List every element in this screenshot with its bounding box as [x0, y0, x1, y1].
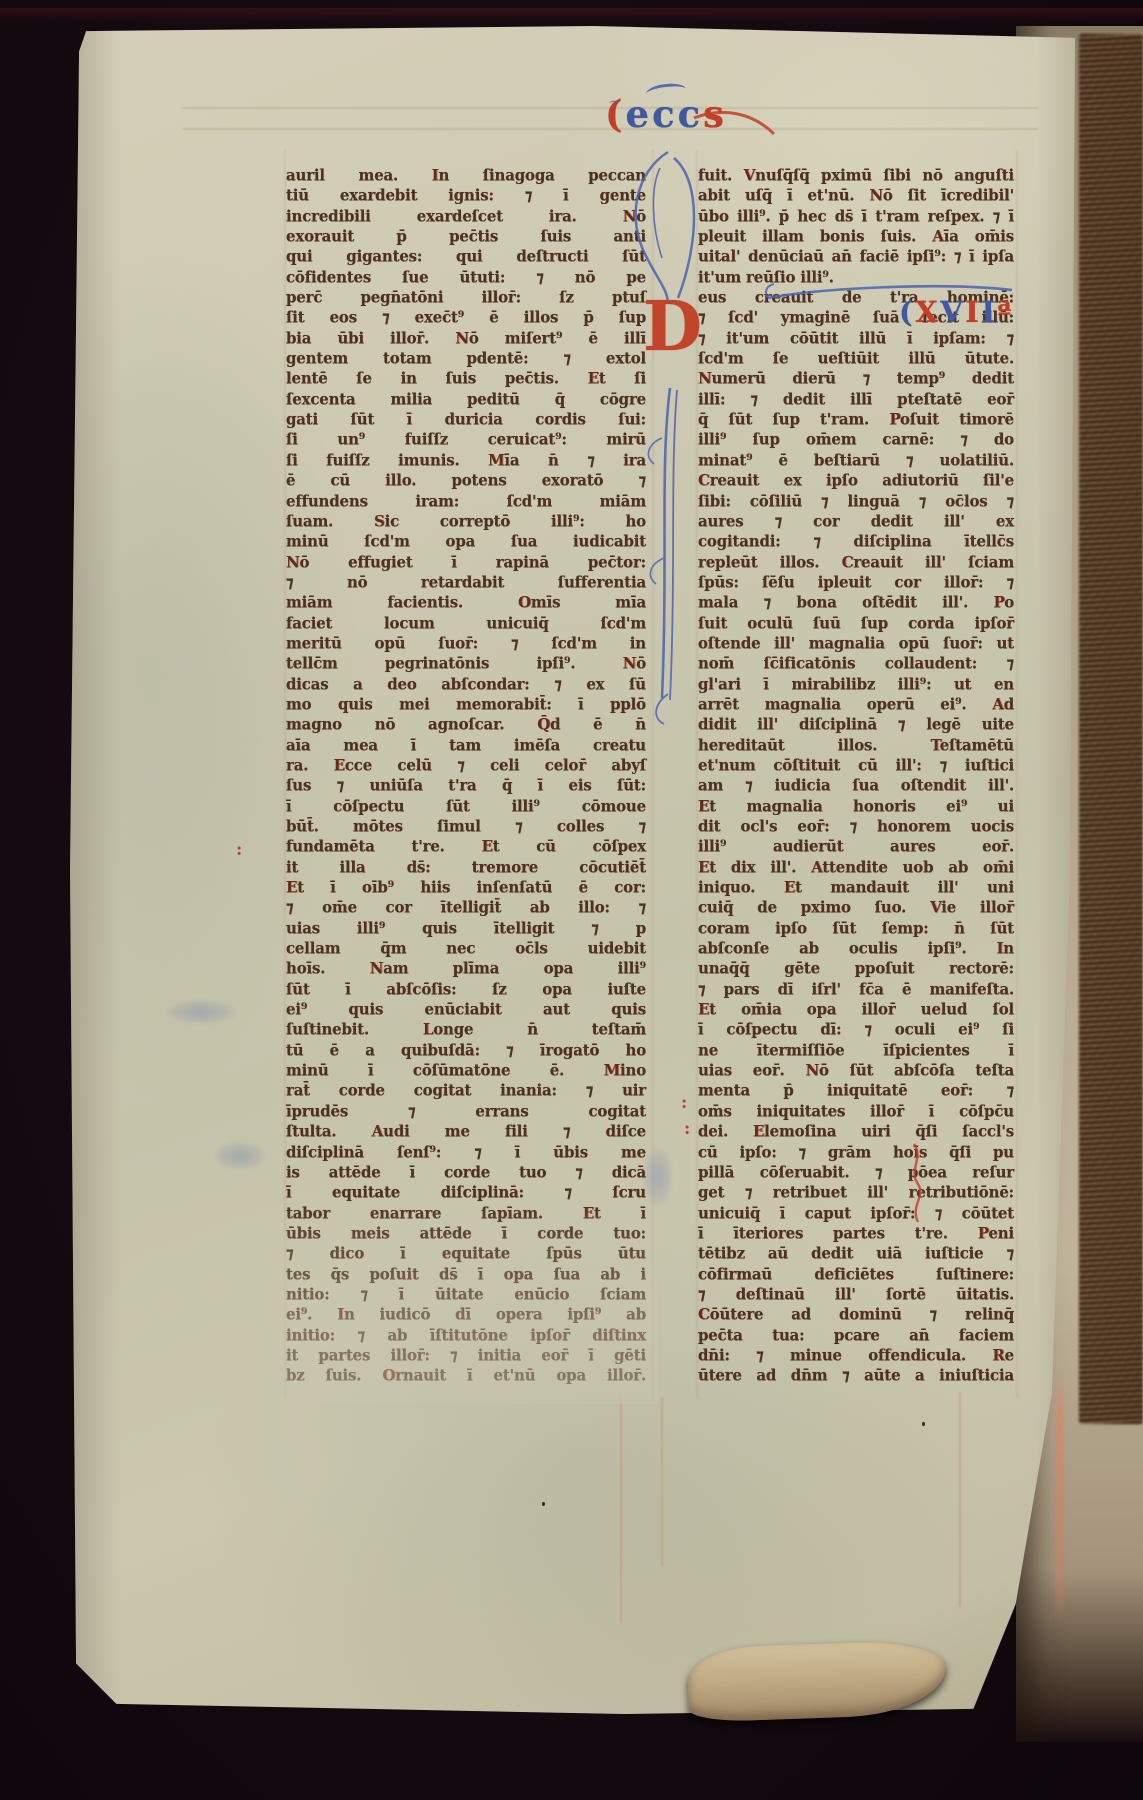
text-line: minū ī cōſūmatōne ē. Mino [286, 1061, 646, 1082]
text-line: ī īteriores partes t're. Peni [698, 1224, 1014, 1245]
text-line: dit ocl's eor̄: ⁊ honorem uocis [698, 817, 1014, 838]
text-line: iniquo. Et mandauit ill' uni [698, 878, 1014, 899]
text-line: ſuam. Sic correptō illi⁹: ho [286, 512, 646, 533]
text-line: ī cōſpectu ſūt illi⁹ cōmoue [286, 797, 646, 818]
red-paraph-mark: : [681, 1098, 687, 1108]
text-line: pillā cōſeruabit. ⁊ pōea reſur [698, 1163, 1014, 1184]
decorated-initial-D: D [643, 297, 702, 357]
text-line: repleūt illos. Creauit ill' ſciam [698, 553, 1014, 574]
text-line: minat⁹ ē beſtiarū ⁊ uolatiliū. [698, 451, 1014, 472]
photograph-background: { "manuscript": { "running_title": { "te… [0, 0, 1143, 1800]
text-line: unicuiq̄ ī caput ipſor̄: ⁊ cōūtet [698, 1204, 1014, 1225]
text-line: didit ill' diſciplinā ⁊ legē uite [698, 715, 1014, 736]
text-line: cōfidentes ſue ūtuti: ⁊ nō pe [286, 268, 646, 289]
text-line: pleuit illam bonis ſuis. Aīa om̄is [698, 227, 1014, 248]
letter-(: ( [899, 295, 915, 329]
text-line: meritū opū ſuor̄: ⁊ ſcd'm in [286, 634, 646, 655]
text-line: uital' denūciaū an̄ faciē ipſi⁹: ⁊ ī ipſ… [698, 247, 1014, 268]
text-line: qui gigantes: qui deſtructi ſūt [286, 247, 646, 268]
text-line: Et ī oīb⁹ hiis inſenſatū ē cor: [286, 878, 646, 899]
text-line: Creauit ex ipſo adiutoriū ſil'e [698, 471, 1014, 492]
text-line: dei. Elemoſina uiri q̄ſi ſaccl's [698, 1122, 1014, 1143]
text-line: q̄ ſūt ſup t'ram. Poſuit timorē [698, 410, 1014, 431]
letter-I: I [981, 295, 997, 329]
text-line: ſi un⁹ fuiſſz ceruicat⁹: mirū [286, 430, 646, 451]
backdrop-shadow-band [0, 8, 1143, 22]
text-line: Et magnalia honoris ei⁹ ui [698, 797, 1014, 818]
letter-ª: ª [997, 295, 1014, 329]
text-line: cellam q̄m nec oc̄ls uidebit [286, 939, 646, 960]
text-line: gl'ari ī mirabilibz illi⁹: ut en [698, 675, 1014, 696]
text-line: Numerū dierū ⁊ temp⁹ dedit [698, 369, 1014, 390]
letter-e: e [625, 92, 652, 136]
letter-X: X [915, 295, 940, 329]
text-line: ⁊ pars dī iſrl' fc̄a ē manifeſta. [698, 980, 1014, 1001]
bleedthrough-mark [214, 1142, 266, 1170]
text-line: mala ⁊ bona oſtēdit ill'. Po [698, 593, 1014, 614]
text-line: arrēt magnalia operū ei⁹. Ad [698, 695, 1014, 716]
text-line: faciet locum unicuiq̄ ſcd'm [286, 614, 646, 635]
text-line: abit uſq̄ ī et'nū. Nō ſit īcredibil' [698, 186, 1014, 207]
text-line: magno nō agnoſcar. Q̄d ē n̄ [286, 715, 646, 736]
text-line: ⁊ it'um cōūtit illū ī ipſam: ⁊ [698, 329, 1014, 350]
text-line: illi⁹ ſup om̄em carnē: ⁊ do [698, 430, 1014, 451]
text-line: illī: ⁊ dedit illī pteſtatē eor̄ [698, 390, 1014, 411]
ink-speck [922, 1422, 925, 1426]
bleedthrough-mark [166, 1000, 236, 1024]
text-line: minū ſcd'm opa ſua iudicabit [286, 532, 646, 553]
text-line: ſus ⁊ uniūſa t'ra q̄ ī eis ſūt: [286, 776, 646, 797]
text-line: ſūt ī abſcōſis: ſz opa iuſte [286, 980, 646, 1001]
text-line: ūbo illi⁹. p̄ hec ds̄ ī t'ram reſpex. ⁊ … [698, 207, 1014, 228]
text-line: cōfirmaū deficiētes ſuſtinere: [698, 1265, 1014, 1286]
text-line: hereditaūt illos. Teſtamētū [698, 736, 1014, 757]
text-line: miām facientis. Omīs mīa [286, 593, 646, 614]
text-line: Et dix ill'. Attendite uob ab om̄i [698, 858, 1014, 879]
text-line: auril mea. In ſinagoga peccan [286, 166, 646, 187]
text-line: aīa mea ī tam imēſa creatu [286, 736, 646, 757]
text-line: ſcd'm ſe ueſtiūit illū ūtute. [698, 349, 1014, 370]
text-line: ſpūs: ſēſu ipleuit cor illor̄: ⁊ [698, 573, 1014, 594]
letter-I: I [965, 295, 981, 329]
text-line: dn̄i: ⁊ minue offendicula. Re [698, 1346, 1014, 1367]
text-line: gati ſūt ī duricia cordis ſui: [286, 410, 646, 431]
text-line: oſtende ill' magnalia opū ſuor̄: ut [698, 634, 1014, 655]
text-line: illi⁹ audierūt aures eor̄. [698, 837, 1014, 858]
text-line: ra. Ecce celū ⁊ celi celor̄ abyſ [286, 756, 646, 777]
torn-corner-flap [687, 1640, 947, 1723]
text-line: ī cōſpectu dī: ⁊ oculi ei⁹ ſi [698, 1020, 1014, 1041]
ink-speck [542, 1502, 545, 1506]
text-line: ſexcenta milia peditū q̄ cōgre [286, 390, 646, 411]
text-line: om̄s iniquitates illor̄ ī cōſpc̄u [698, 1102, 1014, 1123]
text-line: et'num cōſtituit cū ill': ⁊ iuſtici [698, 756, 1014, 777]
faded-text-patch [282, 1208, 658, 1404]
text-line: tū ē a quibuſdā: ⁊ īrogatō ho [286, 1041, 646, 1062]
text-line: fuit. Vnuſq̄ſq̄ pximū ſibi nō anguſti [698, 166, 1014, 187]
text-line: ſuſtinebit. Longe n̄ teſtam̄ [286, 1020, 646, 1041]
text-line: unaq̄q̄ gēte ppoſuit rectorē: [698, 959, 1014, 980]
text-line: tiū exardebit ignis: ⁊ ī gente [286, 186, 646, 207]
text-line: rat̄ corde cogitat inania: ⁊ uir [286, 1081, 646, 1102]
text-line: būt̄. mōtes ſimul ⁊ colles ⁊ [286, 817, 646, 838]
text-line: effundens iram: ſcd'm miām [286, 492, 646, 513]
text-line: it illa ds̄: tremore cōcutiēt̄ [286, 858, 646, 879]
red-paraph-mark: : [236, 845, 242, 855]
text-column-left: auril mea. In ſinagoga peccantiū exardeb… [286, 166, 646, 1387]
letter-V: V [940, 295, 965, 329]
fore-edge-pages-text [1079, 34, 1143, 1424]
text-line: pec̄ta tua: pcare an̄ faciem [698, 1326, 1014, 1347]
text-line: cū ipſo: ⁊ grām hoīs q̄ſi pu [698, 1143, 1014, 1164]
red-paraph-mark: : [684, 1124, 690, 1134]
text-line: cuiq̄ de pximo ſuo. Vie illor̄ [698, 898, 1014, 919]
text-line: coram ipſo ſūt ſemp: n̄ ſūt [698, 919, 1014, 940]
text-line: mo quis mei memorabit̄: ī pplō [286, 695, 646, 716]
ruling-line-vertical [620, 1398, 622, 1623]
text-line: ei⁹ quis enūciabit aut quis [286, 1000, 646, 1021]
text-line: ne ītermiſſiōe īſpicientes ī [698, 1041, 1014, 1062]
text-line: hoīs. Nam plīma opa illi⁹ [286, 959, 646, 980]
initial-pen-flourish [598, 138, 718, 728]
text-line: lentē ſe in ſuis pec̄tis. Et ſi [286, 369, 646, 390]
text-line: get ⁊ retribuet ill' retributiōnē: [698, 1183, 1014, 1204]
text-line: diſciplinā ſenſ⁹: ⁊ ī ūbis me [286, 1143, 646, 1164]
text-line: nom̄ ſc̄ificatōnis collaudent: ⁊ [698, 654, 1014, 675]
text-line: fundamēta t're. Et cū cōſpex [286, 837, 646, 858]
text-line: ſuit oculū ſuū ſup corda ipſor̄ [698, 614, 1014, 635]
text-line: ⁊ om̄e cor ītelligit̄ ab illo: ⁊ [286, 898, 646, 919]
text-line: aures ⁊ cor dedit ill' ex [698, 512, 1014, 533]
text-line: ūtere ad dn̄m ⁊ aūte a iniuſticia [698, 1366, 1014, 1387]
text-line: dicas a deo abſcondar: ⁊ ex ſū [286, 675, 646, 696]
text-line: Cōūtere ad dominū ⁊ relinq̄ [698, 1305, 1014, 1326]
text-line: bia ūbi illor̄. Nō miſert⁹ ē illī [286, 329, 646, 350]
text-line: is attēde ī corde tuo ⁊ dicā [286, 1163, 646, 1184]
text-line: ⁊ deſtinaū ill' ſortē ūitatis. [698, 1285, 1014, 1306]
text-line: incredibili exardeſcet ira. Nō [286, 207, 646, 228]
text-line: uias illi⁹ quis ītelligit ⁊ p [286, 919, 646, 940]
text-line: Nō effugiet ī rapinā pec̄tor: [286, 553, 646, 574]
text-line: ē cū illo. potens exoratō ⁊ [286, 471, 646, 492]
ruling-line-vertical [1016, 150, 1018, 1398]
text-line: ī equitate diſciplinā: ⁊ ſcru [286, 1183, 646, 1204]
chapter-numeral: (XVIIª [899, 295, 1014, 329]
text-line: ſtulta. Audi me fili ⁊ diſce [286, 1122, 646, 1143]
text-line: gentem totam pdentē: ⁊ extol [286, 349, 646, 370]
text-column-right: fuit. Vnuſq̄ſq̄ pximū ſibi nō anguſtiabi… [698, 166, 1014, 1387]
text-line: tellc̄m pegrinatōnis ipſi⁹. Nō [286, 654, 646, 675]
text-line: ſit eos ⁊ exec̄t⁹ ē illos p̄ ſup [286, 308, 646, 329]
red-edge-stain [1056, 1370, 1064, 1628]
text-line: īprudēs ⁊ errans cogitat [286, 1102, 646, 1123]
bleedthrough-mark [643, 1148, 673, 1206]
text-line: cogitandi: ⁊ diſciplina ītellc̄s [698, 532, 1014, 553]
text-line: abſconſe ab oculis ipſi⁹. In [698, 939, 1014, 960]
text-line: uias eor̄. Nō ſūt abſcōſa teſta [698, 1061, 1014, 1082]
text-line: menta p̄ iniquitatē eor̄: ⁊ [698, 1081, 1014, 1102]
text-line: ſibi: cōſiliū ⁊ linguā ⁊ oc̄los ⁊ [698, 492, 1014, 513]
text-line: exorauit p̄ pec̄tis ſuis anti [286, 227, 646, 248]
ruling-line-vertical [959, 1392, 961, 1607]
text-line: Et om̄ia opa illor̄ uelud ſol [698, 1000, 1014, 1021]
text-line: ſi fuiſſz imunis. Mīa n̄ ⁊ ira [286, 451, 646, 472]
text-line: perc̄ pegn̄atōni illor̄: ſz ptuſ [286, 288, 646, 309]
ruling-line-vertical [661, 1398, 663, 1566]
text-line: am ⁊ iudicia ſua oſtendit ill'. [698, 776, 1014, 797]
margin-red-flourish [898, 1140, 932, 1226]
text-line: tētibz aū dedit uiā iuſticie ⁊ [698, 1244, 1014, 1265]
text-line: ⁊ nō retardabit ſufferentia [286, 573, 646, 594]
